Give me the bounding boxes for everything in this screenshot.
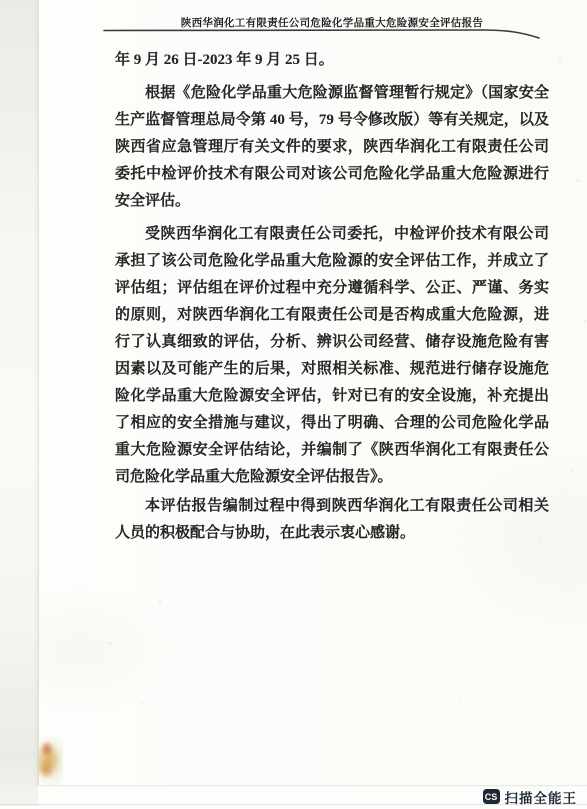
paragraph-dates: 年 9 月 26 日-2023 年 9 月 25 日。 — [115, 47, 549, 74]
document-page: 陕西华润化工有限责任公司危险化学品重大危险源安全评估报告 年 9 月 26 日-… — [38, 0, 587, 786]
camscanner-badge-icon: CS — [483, 789, 500, 804]
finger-smudge — [38, 736, 63, 786]
paragraph-evaluation: 受陕西华润化工有限责任公司委托，中检评价技术有限公司承担了该公司危险化学品重大危… — [115, 221, 549, 491]
header-rule — [103, 27, 545, 43]
document-body: 年 9 月 26 日-2023 年 9 月 25 日。 根据《危险化学品重大危险… — [115, 47, 549, 547]
scan-noise — [39, 0, 41, 2]
scan-background-left — [0, 0, 38, 806]
paragraph-thanks: 本评估报告编制过程中得到陕西华润化工有限责任公司相关人员的积极配合与协助，在此表… — [115, 493, 549, 547]
camscanner-label: 扫描全能王 — [505, 787, 578, 807]
paragraph-basis: 根据《危险化学品重大危险源监督管理暂行规定》（国家安全生产监督管理总局令第 40… — [115, 80, 549, 215]
camscanner-watermark: CS 扫描全能王 — [483, 788, 578, 805]
